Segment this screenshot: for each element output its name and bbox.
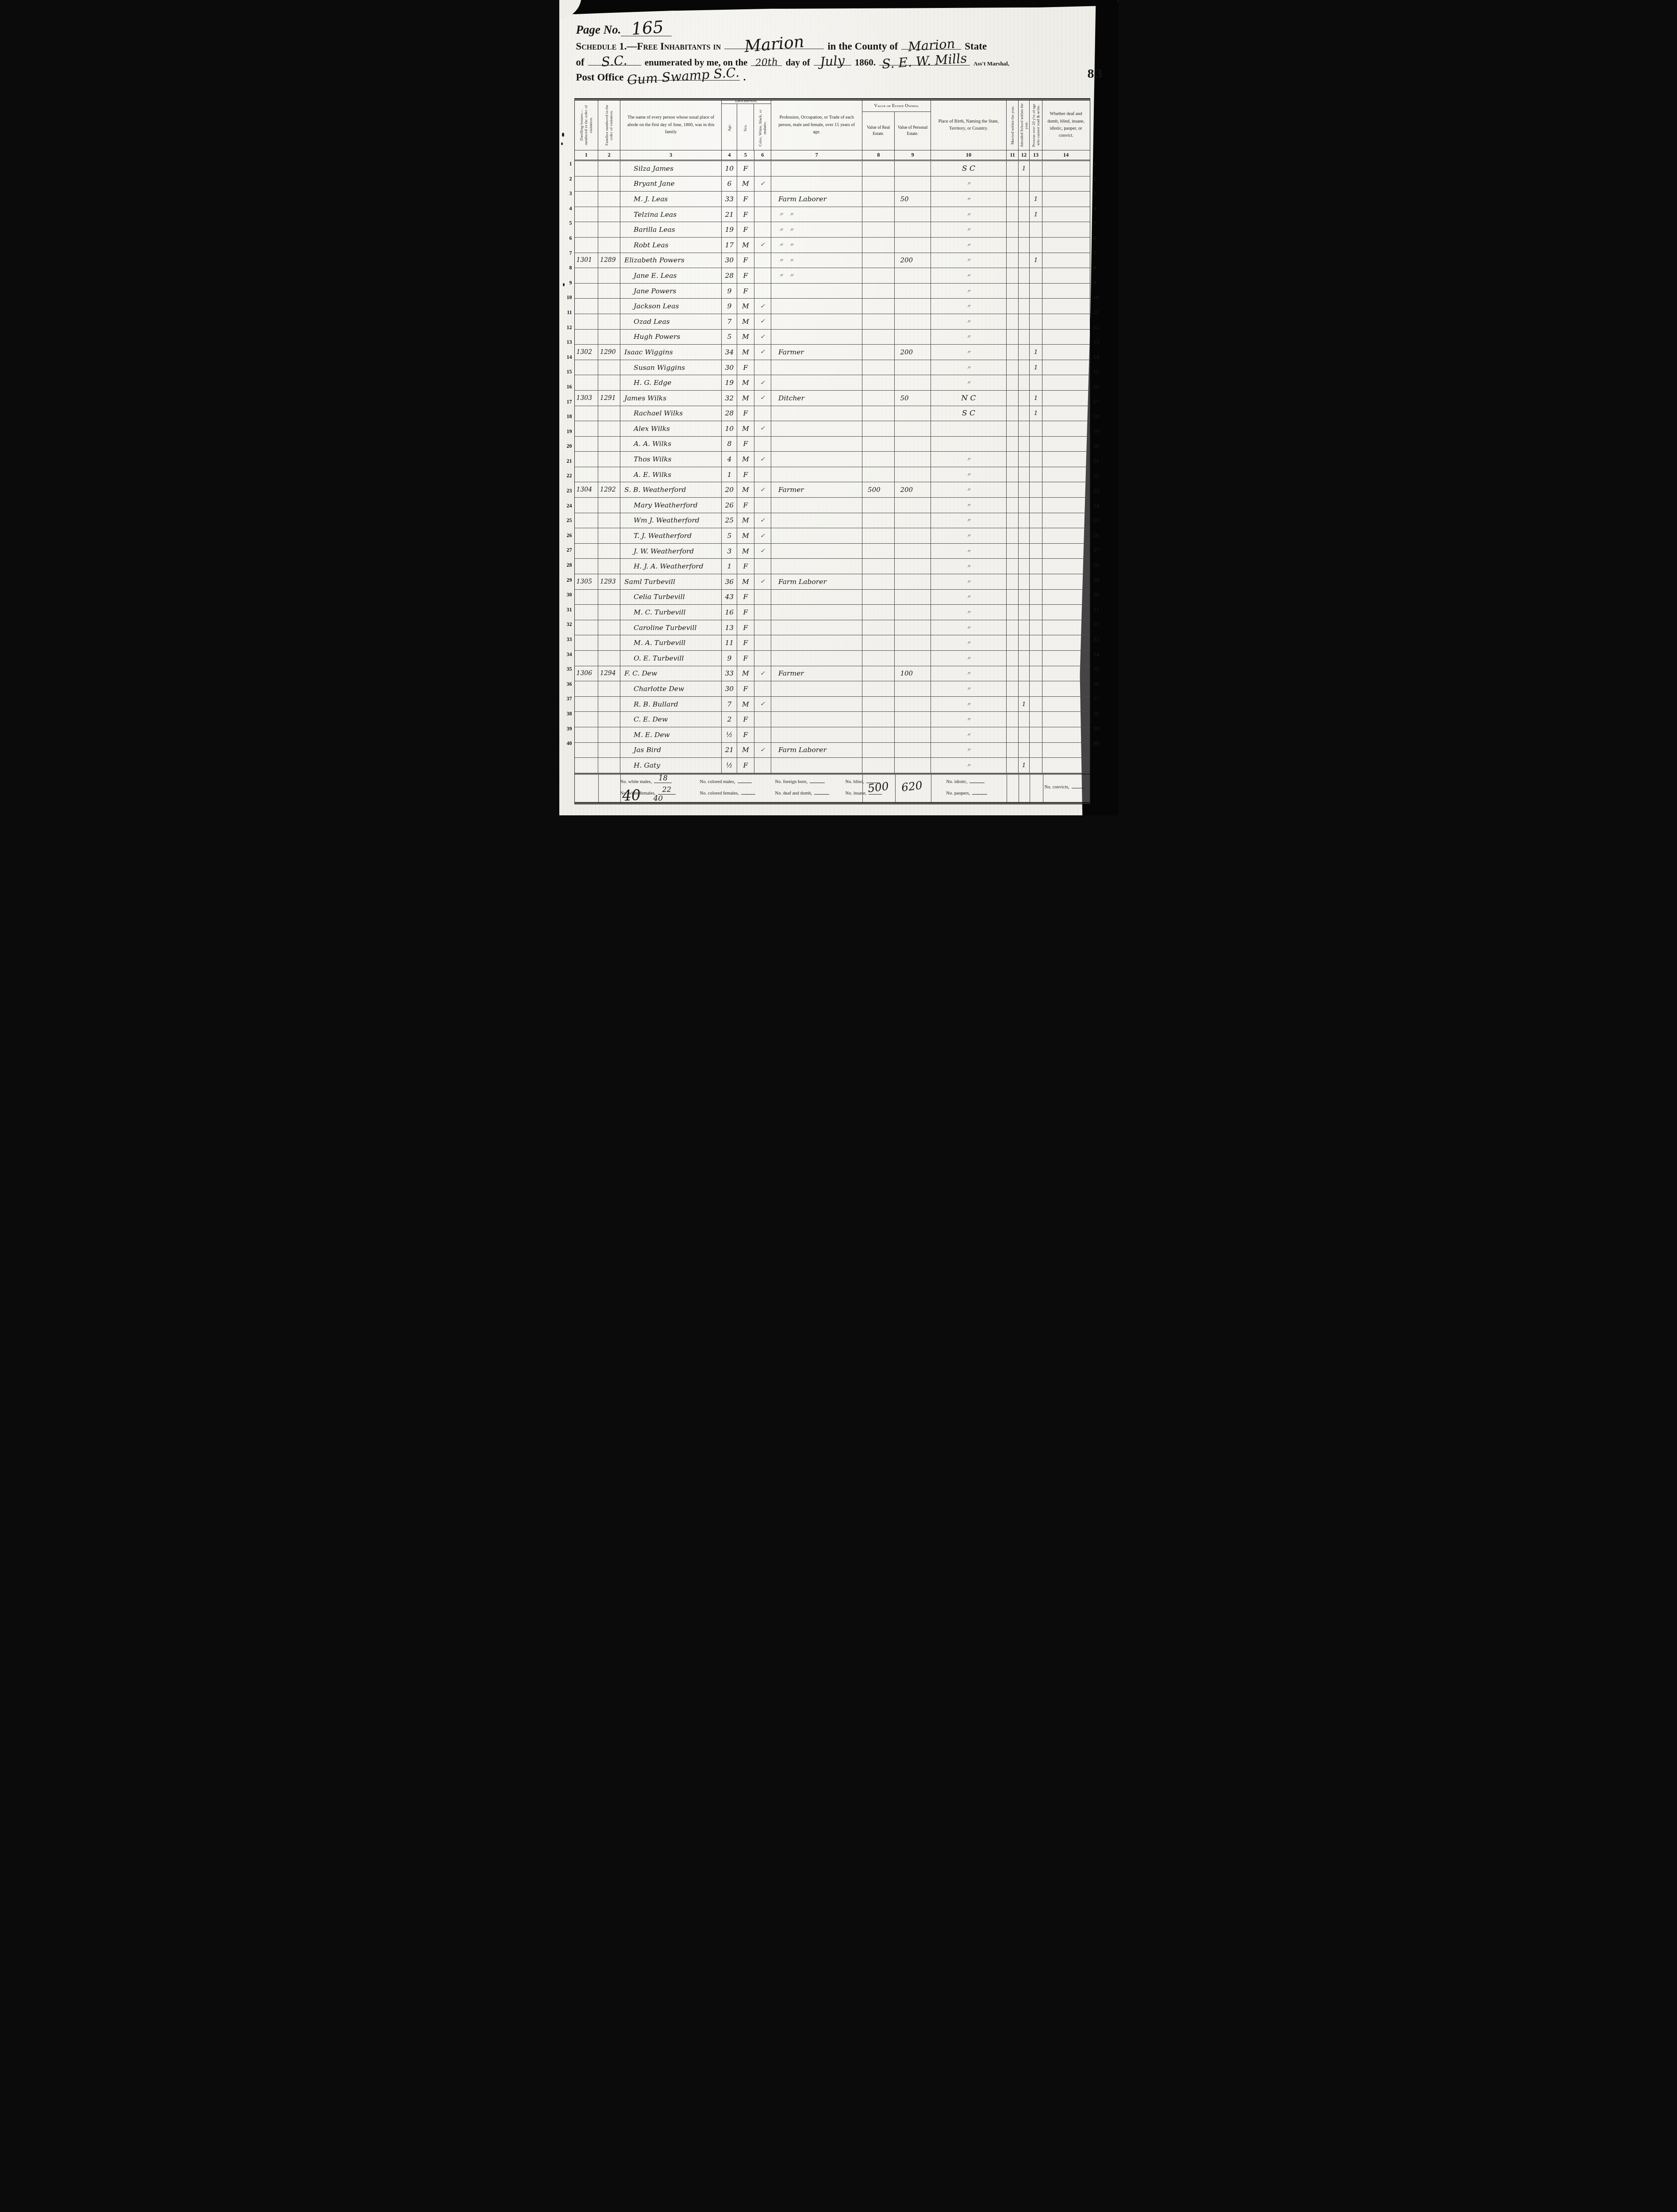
row-number-right: 34 xyxy=(1093,648,1104,663)
cell-married xyxy=(1007,345,1019,360)
table-row: 13031291James Wilks32M✓Ditcher50N C1 xyxy=(575,391,1090,406)
cell-remarks xyxy=(1042,467,1089,482)
cell-real-estate xyxy=(862,314,895,329)
col-header-occupation: Profession, Occupation, or Trade of each… xyxy=(771,112,862,138)
table-row: Jane Powers9F〃 xyxy=(575,284,1090,299)
cell-age: 21 xyxy=(722,207,737,222)
cell-color-check xyxy=(754,681,771,696)
cell-school xyxy=(1019,666,1029,681)
cell-age: 30 xyxy=(722,360,737,375)
cell-sex: M xyxy=(737,574,754,589)
cell-sex: F xyxy=(737,284,754,299)
row-number-left: 35 xyxy=(563,662,572,677)
cell-family xyxy=(598,605,620,620)
cell-birthplace: 〃 xyxy=(931,559,1007,574)
row-number-left: 6 xyxy=(563,231,572,246)
row-number-left: 22 xyxy=(563,469,572,484)
cell-birthplace: 〃 xyxy=(931,528,1007,543)
cell-married xyxy=(1007,375,1019,390)
cell-family xyxy=(598,284,620,299)
cell-real-estate xyxy=(862,207,895,222)
cell-school xyxy=(1019,360,1029,375)
cell-school xyxy=(1019,467,1029,482)
cell-color-check: ✓ xyxy=(754,177,771,192)
cell-birthplace: 〃 xyxy=(931,314,1007,329)
cell-illiterate xyxy=(1030,238,1043,253)
cell-birthplace: 〃 xyxy=(931,330,1007,345)
row-number-right: 27 xyxy=(1093,543,1104,558)
cell-dwelling xyxy=(575,559,599,574)
cell-real-estate xyxy=(862,222,895,237)
cell-occupation xyxy=(771,452,862,467)
cell-name: H. G. Edge xyxy=(620,375,722,390)
cell-remarks xyxy=(1042,360,1089,375)
cell-family xyxy=(598,452,620,467)
row-number-left: 26 xyxy=(563,529,572,544)
cell-birthplace: 〃 xyxy=(931,712,1007,727)
cell-occupation xyxy=(771,467,862,482)
cell-illiterate xyxy=(1030,513,1043,528)
cell-dwelling xyxy=(575,513,599,528)
cell-real-estate xyxy=(862,177,895,192)
cell-remarks xyxy=(1042,635,1089,650)
cell-birthplace: 〃 xyxy=(931,758,1007,773)
row-number-left: 1 xyxy=(563,157,572,172)
cell-birthplace: N C xyxy=(931,391,1007,406)
cell-real-estate xyxy=(862,666,895,681)
row-number-left: 25 xyxy=(563,514,572,529)
cell-family xyxy=(598,697,620,712)
cell-personal-estate xyxy=(895,284,931,299)
cell-dwelling xyxy=(575,268,599,283)
cell-personal-estate xyxy=(895,421,931,436)
cell-age: 5 xyxy=(722,330,737,345)
row-number-left: 32 xyxy=(563,618,572,633)
cell-remarks xyxy=(1042,391,1089,406)
cell-school xyxy=(1019,620,1029,635)
cell-school xyxy=(1019,284,1029,299)
cell-remarks xyxy=(1042,161,1089,176)
cell-color-check xyxy=(754,590,771,605)
cell-dwelling xyxy=(575,192,599,207)
cell-birthplace xyxy=(931,421,1007,436)
row-number-left: 28 xyxy=(563,558,572,573)
cell-family xyxy=(598,758,620,773)
row-number-right: 9 xyxy=(1093,276,1104,291)
cell-family xyxy=(598,498,620,513)
cell-illiterate: 1 xyxy=(1030,207,1043,222)
cell-color-check: ✓ xyxy=(754,513,771,528)
cell-birthplace: 〃 xyxy=(931,238,1007,253)
row-number-left: 3 xyxy=(563,187,572,202)
cell-family xyxy=(598,544,620,559)
cell-occupation xyxy=(771,544,862,559)
cell-sex: M xyxy=(737,482,754,497)
cell-sex: F xyxy=(737,161,754,176)
cell-family xyxy=(598,712,620,727)
cell-remarks xyxy=(1042,666,1089,681)
cell-dwelling: 1304 xyxy=(575,482,599,497)
cell-illiterate xyxy=(1030,590,1043,605)
cell-age: 6 xyxy=(722,177,737,192)
cell-illiterate xyxy=(1030,605,1043,620)
cell-remarks xyxy=(1042,574,1089,589)
cell-name: Jane E. Leas xyxy=(620,268,722,283)
cell-occupation xyxy=(771,314,862,329)
cell-color-check xyxy=(754,605,771,620)
col-no: 11 xyxy=(1007,150,1019,160)
cell-name: R. B. Bullard xyxy=(620,697,722,712)
cell-married xyxy=(1007,681,1019,696)
cell-personal-estate xyxy=(895,681,931,696)
cell-married xyxy=(1007,314,1019,329)
table-row: Telzina Leas21F〃 〃〃1 xyxy=(575,207,1090,223)
cell-dwelling xyxy=(575,177,599,192)
cell-personal-estate xyxy=(895,559,931,574)
cell-personal-estate xyxy=(895,528,931,543)
cell-married xyxy=(1007,268,1019,283)
cell-dwelling: 1302 xyxy=(575,345,599,360)
table-row: A. E. Wilks1F〃 xyxy=(575,467,1090,483)
cell-remarks xyxy=(1042,345,1089,360)
cell-real-estate xyxy=(862,559,895,574)
cell-school xyxy=(1019,330,1029,345)
cell-married xyxy=(1007,207,1019,222)
cell-occupation: Farmer xyxy=(771,345,862,360)
cell-occupation: 〃 〃 xyxy=(771,253,862,268)
cell-occupation xyxy=(771,758,862,773)
row-number-right: 20 xyxy=(1093,439,1104,454)
row-number-left: 39 xyxy=(563,722,572,737)
cell-family xyxy=(598,222,620,237)
cell-real-estate xyxy=(862,192,895,207)
cell-real-estate xyxy=(862,360,895,375)
cell-illiterate xyxy=(1030,681,1043,696)
cell-occupation: Farm Laborer xyxy=(771,574,862,589)
cell-family xyxy=(598,375,620,390)
cell-name: Jas Bird xyxy=(620,743,722,758)
cell-dwelling xyxy=(575,697,599,712)
col-header-families: Families numbered in the order of visita… xyxy=(604,101,614,149)
row-number-right: 2 xyxy=(1093,172,1104,187)
cell-dwelling xyxy=(575,284,599,299)
cell-illiterate xyxy=(1030,452,1043,467)
cell-married xyxy=(1007,498,1019,513)
cell-age: 26 xyxy=(722,498,737,513)
col-header-dwelling: Dwelling-houses— numbered in the order o… xyxy=(579,101,593,149)
cell-illiterate xyxy=(1030,727,1043,742)
cell-married xyxy=(1007,177,1019,192)
cell-birthplace: 〃 xyxy=(931,268,1007,283)
table-row: O. E. Turbevill9F〃 xyxy=(575,651,1090,666)
cell-illiterate xyxy=(1030,544,1043,559)
table-row: Caroline Turbevill13F〃 xyxy=(575,620,1090,636)
cell-real-estate xyxy=(862,467,895,482)
cell-personal-estate xyxy=(895,207,931,222)
cell-color-check: ✓ xyxy=(754,452,771,467)
cell-real-estate xyxy=(862,528,895,543)
table-row: R. B. Bullard7M✓〃1 xyxy=(575,697,1090,712)
col-no: 12 xyxy=(1019,150,1029,160)
cell-birthplace xyxy=(931,437,1007,452)
cell-illiterate xyxy=(1030,528,1043,543)
cell-sex: M xyxy=(737,238,754,253)
row-number-right: 37 xyxy=(1093,692,1104,707)
cell-remarks xyxy=(1042,406,1089,421)
paupers-tally: No. paupers, xyxy=(946,791,988,796)
cell-age: 21 xyxy=(722,743,737,758)
row-number-right: 40 xyxy=(1093,737,1104,752)
row-number-right: 30 xyxy=(1093,588,1104,603)
cell-school xyxy=(1019,268,1029,283)
cell-remarks xyxy=(1042,177,1089,192)
row-number-right: 25 xyxy=(1093,514,1104,529)
cell-birthplace: 〃 xyxy=(931,513,1007,528)
cell-dwelling xyxy=(575,238,599,253)
white-males-tally: No. white males,18 xyxy=(620,779,672,784)
cell-dwelling xyxy=(575,330,599,345)
table-row: Bryant Jane6M✓〃 xyxy=(575,177,1090,192)
col-header-age: Age. xyxy=(727,124,731,131)
cell-color-check xyxy=(754,253,771,268)
deaf-dumb-tally: No. deaf and dumb, xyxy=(775,791,830,796)
cell-family: 1290 xyxy=(598,345,620,360)
cell-married xyxy=(1007,360,1019,375)
cell-color-check xyxy=(754,406,771,421)
row-number-left: 24 xyxy=(563,499,572,514)
cell-birthplace: 〃 xyxy=(931,544,1007,559)
col-no: 7 xyxy=(771,150,862,160)
cell-name: A. E. Wilks xyxy=(620,467,722,482)
cell-age: 9 xyxy=(722,299,737,314)
cell-school xyxy=(1019,727,1029,742)
cell-color-check: ✓ xyxy=(754,421,771,436)
cell-age: 4 xyxy=(722,452,737,467)
cell-remarks xyxy=(1042,513,1089,528)
cell-school: 1 xyxy=(1019,758,1029,773)
cell-remarks xyxy=(1042,238,1089,253)
cell-dwelling: 1305 xyxy=(575,574,599,589)
cell-remarks xyxy=(1042,590,1089,605)
census-table: 1234567891011121314151617181920212223242… xyxy=(563,98,1115,804)
cell-married xyxy=(1007,513,1019,528)
colored-males-tally: No. colored males, xyxy=(700,779,752,784)
cell-married xyxy=(1007,544,1019,559)
table-row: C. E. Dew2F〃 xyxy=(575,712,1090,727)
cell-sex: M xyxy=(737,697,754,712)
cell-dwelling xyxy=(575,544,599,559)
col-header-personal-estate: Value of Personal Estate. xyxy=(896,125,930,138)
cell-sex: F xyxy=(737,192,754,207)
cell-occupation xyxy=(771,284,862,299)
cell-name: Elizabeth Powers xyxy=(620,253,722,268)
cell-personal-estate xyxy=(895,330,931,345)
cell-color-check: ✓ xyxy=(754,391,771,406)
cell-age: 11 xyxy=(722,635,737,650)
col-no: 3 xyxy=(620,150,722,160)
cell-sex: F xyxy=(737,406,754,421)
cell-dwelling xyxy=(575,743,599,758)
cell-school xyxy=(1019,253,1029,268)
cell-birthplace: 〃 xyxy=(931,590,1007,605)
row-number-right: 6 xyxy=(1093,231,1104,246)
row-number-left: 7 xyxy=(563,246,572,261)
cell-birthplace: 〃 xyxy=(931,192,1007,207)
cell-dwelling xyxy=(575,620,599,635)
table-header: Dwelling-houses— numbered in the order o… xyxy=(575,100,1090,150)
cell-illiterate xyxy=(1030,314,1043,329)
cell-name: Thos Wilks xyxy=(620,452,722,467)
post-office-line: Post Office Gum Swamp S.C. . xyxy=(576,72,746,83)
cell-married xyxy=(1007,528,1019,543)
cell-birthplace: 〃 xyxy=(931,177,1007,192)
cell-name: H. Gaty xyxy=(620,758,722,773)
scan-top-black-edge xyxy=(559,0,1118,14)
cell-birthplace: 〃 xyxy=(931,467,1007,482)
cell-illiterate xyxy=(1030,743,1043,758)
cell-occupation: Farm Laborer xyxy=(771,192,862,207)
cell-personal-estate xyxy=(895,590,931,605)
table-row: Alex Wilks10M✓ xyxy=(575,421,1090,437)
cell-sex: F xyxy=(737,590,754,605)
census-grid: Dwelling-houses— numbered in the order o… xyxy=(574,98,1090,804)
cell-occupation xyxy=(771,727,862,742)
table-row: T. J. Weatherford5M✓〃 xyxy=(575,528,1090,544)
cell-birthplace: 〃 xyxy=(931,620,1007,635)
cell-family: 1293 xyxy=(598,574,620,589)
cell-dwelling xyxy=(575,528,599,543)
cell-sex: F xyxy=(737,712,754,727)
cell-dwelling xyxy=(575,375,599,390)
cell-dwelling xyxy=(575,590,599,605)
cell-remarks xyxy=(1042,421,1089,436)
month-value: July xyxy=(820,57,845,66)
row-number-left: 8 xyxy=(563,261,572,276)
cell-real-estate xyxy=(862,620,895,635)
cell-age: 5 xyxy=(722,528,737,543)
cell-dwelling xyxy=(575,758,599,773)
cell-illiterate xyxy=(1030,559,1043,574)
table-row: M. A. Turbevill11F〃 xyxy=(575,635,1090,651)
cell-school xyxy=(1019,743,1029,758)
cell-occupation xyxy=(771,513,862,528)
table-row: 13041292S. B. Weatherford20M✓Farmer50020… xyxy=(575,482,1090,498)
row-number-left: 18 xyxy=(563,410,572,425)
cell-family xyxy=(598,161,620,176)
cell-school xyxy=(1019,391,1029,406)
cell-birthplace: 〃 xyxy=(931,482,1007,497)
cell-color-check: ✓ xyxy=(754,528,771,543)
cell-family xyxy=(598,620,620,635)
real-estate-total: 500 xyxy=(867,780,889,795)
cell-personal-estate: 50 xyxy=(895,391,931,406)
cell-dwelling xyxy=(575,360,599,375)
cell-color-check: ✓ xyxy=(754,314,771,329)
cell-name: C. E. Dew xyxy=(620,712,722,727)
cell-name: Rachael Wilks xyxy=(620,406,722,421)
cell-personal-estate xyxy=(895,727,931,742)
cell-personal-estate xyxy=(895,437,931,452)
cell-occupation xyxy=(771,697,862,712)
col-header-birthplace: Place of Birth, Naming the State, Territ… xyxy=(931,116,1006,134)
row-number-right: 33 xyxy=(1093,633,1104,648)
cell-dwelling xyxy=(575,437,599,452)
cell-real-estate xyxy=(862,238,895,253)
cell-personal-estate xyxy=(895,651,931,666)
table-row: H. G. Edge19M✓〃 xyxy=(575,375,1090,391)
cell-personal-estate xyxy=(895,758,931,773)
post-office-value: Gum Swamp S.C. xyxy=(627,69,740,84)
table-row: Jane E. Leas28F〃 〃〃 xyxy=(575,268,1090,284)
row-number-right: 8 xyxy=(1093,261,1104,276)
cell-school xyxy=(1019,222,1029,237)
cell-age: 2 xyxy=(722,712,737,727)
cell-illiterate xyxy=(1030,666,1043,681)
table-row: 13051293Saml Turbevill36M✓Farm Laborer〃 xyxy=(575,574,1090,590)
cell-school xyxy=(1019,406,1029,421)
cell-family xyxy=(598,207,620,222)
cell-personal-estate xyxy=(895,712,931,727)
cell-dwelling: 1306 xyxy=(575,666,599,681)
cell-family xyxy=(598,559,620,574)
cell-age: 9 xyxy=(722,651,737,666)
cell-occupation xyxy=(771,605,862,620)
cell-age: ½ xyxy=(722,758,737,773)
cell-age: 3 xyxy=(722,544,737,559)
cell-remarks xyxy=(1042,681,1089,696)
cell-age: 8 xyxy=(722,437,737,452)
cell-sex: F xyxy=(737,498,754,513)
cell-age: 28 xyxy=(722,268,737,283)
cell-family xyxy=(598,528,620,543)
schedule-title-line: Schedule 1.—Free Inhabitants in Marion i… xyxy=(576,40,987,52)
cell-occupation xyxy=(771,712,862,727)
cell-sex: M xyxy=(737,544,754,559)
cell-married xyxy=(1007,590,1019,605)
col-header-color: Color, White, black, or mulatto. xyxy=(758,104,767,150)
cell-birthplace: 〃 xyxy=(931,360,1007,375)
cell-remarks xyxy=(1042,498,1089,513)
cell-sex: F xyxy=(737,605,754,620)
row-number-right: 12 xyxy=(1093,321,1104,336)
cell-dwelling xyxy=(575,452,599,467)
table-row: 13061294F. C. Dew33M✓Farmer100〃 xyxy=(575,666,1090,682)
cell-name: M. J. Leas xyxy=(620,192,722,207)
col-no: 6 xyxy=(754,150,771,160)
table-row: Hugh Powers5M✓〃 xyxy=(575,330,1090,345)
row-numbers-left: 1234567891011121314151617181920212223242… xyxy=(563,98,574,804)
cell-school xyxy=(1019,452,1029,467)
cell-dwelling xyxy=(575,314,599,329)
cell-sex: F xyxy=(737,758,754,773)
cell-name: Wm J. Weatherford xyxy=(620,513,722,528)
row-number-left: 34 xyxy=(563,648,572,663)
cell-color-check: ✓ xyxy=(754,330,771,345)
cell-name: A. A. Wilks xyxy=(620,437,722,452)
schedule-title: Schedule 1.—Free Inhabitants in xyxy=(576,41,721,52)
cell-age: 34 xyxy=(722,345,737,360)
cell-occupation xyxy=(771,299,862,314)
row-number-left: 38 xyxy=(563,707,572,722)
cell-occupation: 〃 〃 xyxy=(771,268,862,283)
cell-occupation xyxy=(771,161,862,176)
cell-occupation: 〃 〃 xyxy=(771,238,862,253)
cell-name: Robt Leas xyxy=(620,238,722,253)
cell-sex: M xyxy=(737,314,754,329)
row-number-left: 13 xyxy=(563,335,572,350)
county-label: in the County of xyxy=(827,41,898,52)
cell-personal-estate xyxy=(895,360,931,375)
